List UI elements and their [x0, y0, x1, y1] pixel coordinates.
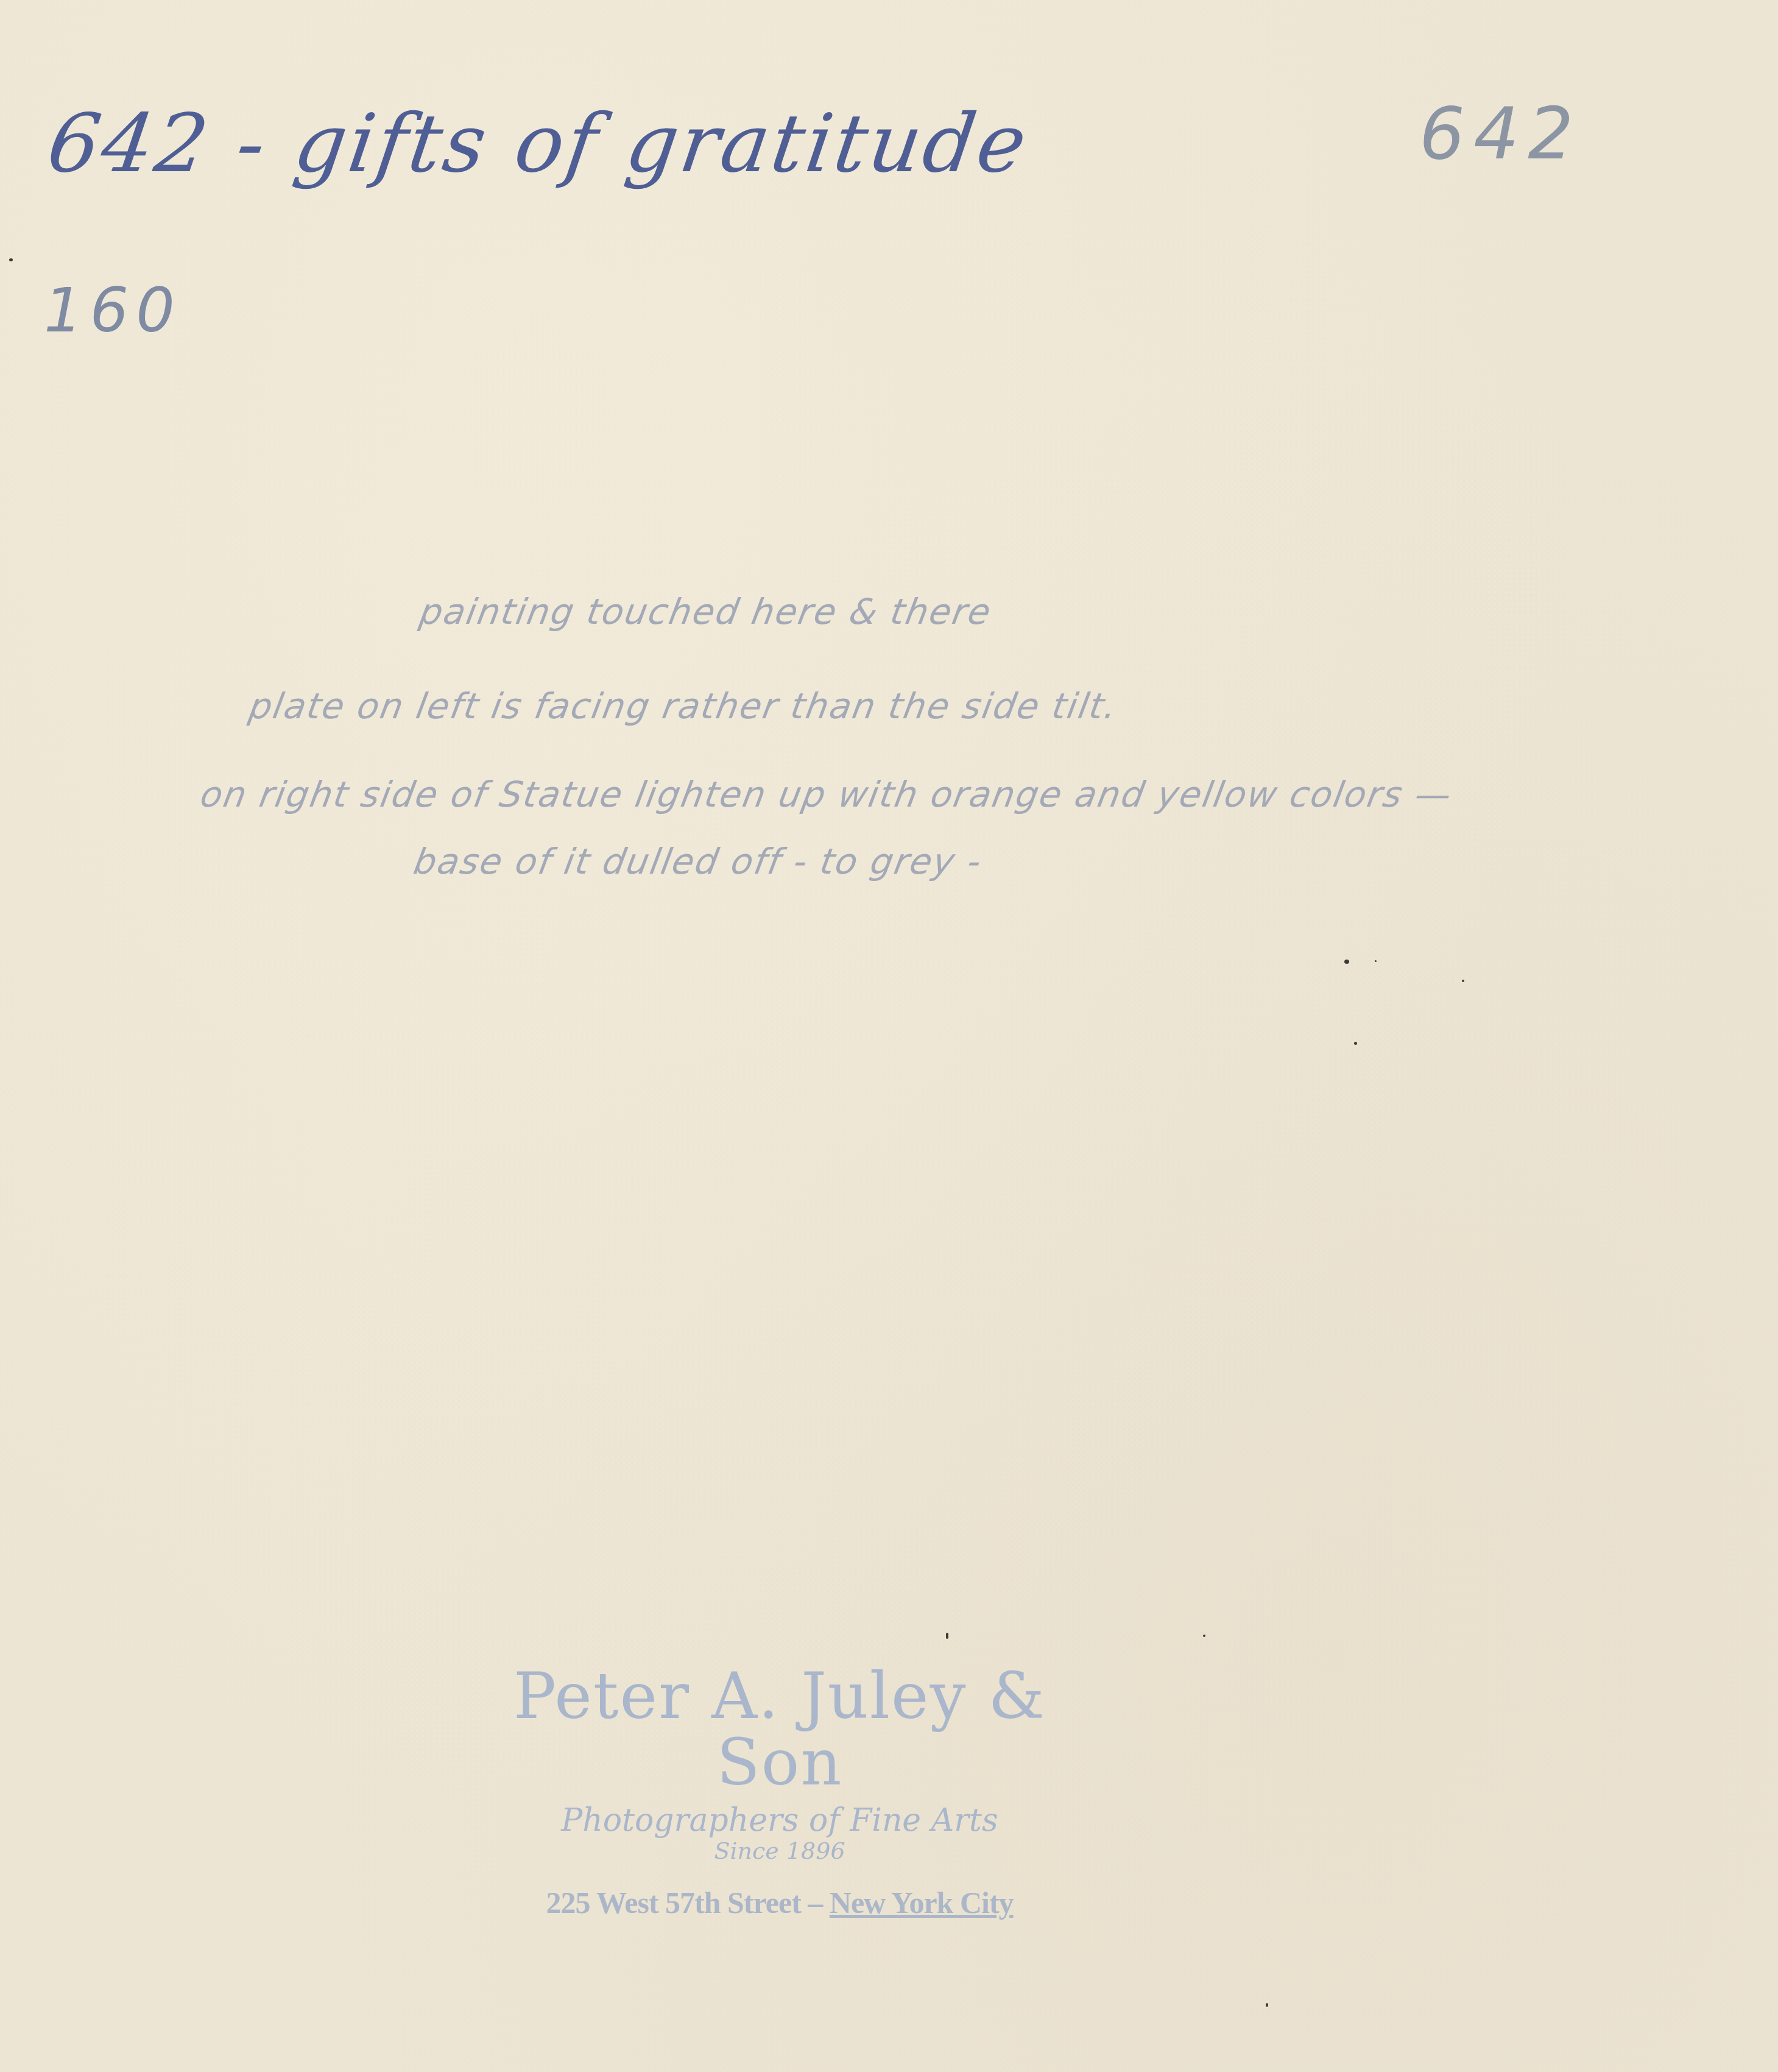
catalog-number-left: 160	[44, 280, 182, 341]
paper-speck	[1375, 960, 1377, 962]
stamp-tagline: Photographers of Fine Arts	[475, 1803, 1084, 1838]
stamp-address: 225 West 57th Street – New York City	[475, 1884, 1084, 1921]
photographer-stamp: Peter A. Juley & Son Photographers of Fi…	[475, 1663, 1084, 1921]
paper-speck	[1203, 1635, 1205, 1637]
pencil-note-line: on right side of Statue lighten up with …	[198, 777, 1455, 812]
paper-speck	[1354, 1042, 1357, 1045]
document-page: 642 - gifts of gratitude 642 160 paintin…	[0, 0, 1778, 2072]
stamp-address-street: 225 West 57th Street –	[546, 1886, 829, 1920]
title-handwriting: 642 - gifts of gratitude	[43, 104, 1034, 184]
stamp-since: Since 1896	[475, 1839, 1084, 1864]
stamp-address-city: New York City	[830, 1886, 1014, 1920]
stamp-studio-name: Peter A. Juley & Son	[475, 1663, 1084, 1796]
pencil-note-line: plate on left is facing rather than the …	[247, 688, 1121, 724]
paper-speck	[1462, 980, 1464, 982]
paper-speck	[1344, 960, 1349, 964]
paper-speck	[946, 1633, 948, 1639]
paper-speck	[9, 258, 13, 261]
pencil-note-line: base of it dulled off - to grey -	[411, 844, 985, 879]
pencil-note-line: painting touched here & there	[417, 594, 995, 629]
catalog-number-right: 642	[1419, 97, 1582, 169]
paper-speck	[1266, 2003, 1268, 2007]
